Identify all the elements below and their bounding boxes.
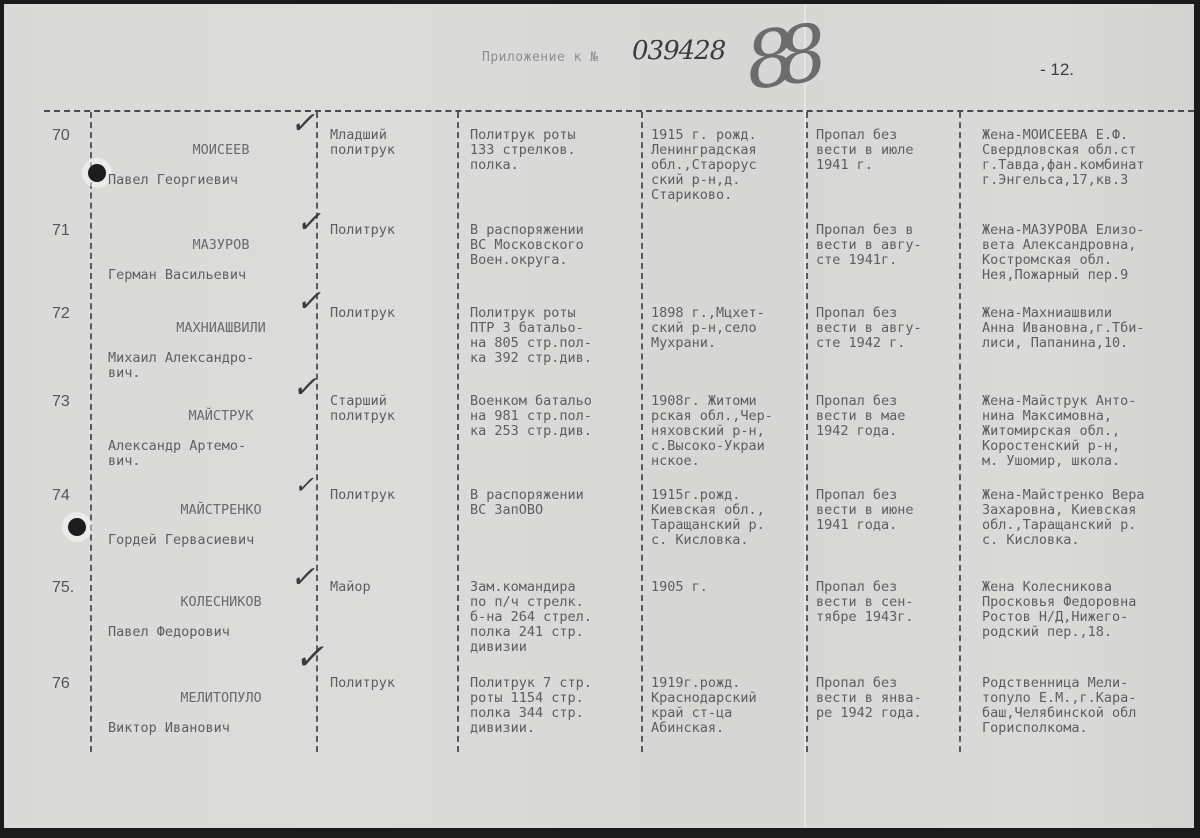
check-mark-icon: ✓ [290,570,315,585]
position: В распоряжении ВС Московского Воен.округ… [470,223,640,268]
record-number: 73 [52,394,70,409]
fate: Пропал без вести в июле 1941 г. [816,128,956,173]
record-number: 71 [52,223,70,238]
appendix-stamp-label: Приложение к № [482,50,599,65]
rank: Старший политрук [330,394,452,424]
position: В распоряжении ВС ЗапОВО [470,488,640,518]
next-of-kin: Жена-МОИСЕЕВА Е.Ф. Свердловская обл.ст г… [982,128,1197,188]
position: Политрук 7 стр. роты 1154 стр. полка 344… [470,676,640,736]
rank: Политрук [330,676,452,691]
pencil-folio-mark: 88 [740,10,815,108]
record-number: 74 [52,488,70,503]
fate: Пропал без вести в мае 1942 года. [816,394,956,439]
given-name: Гордей Гервасиевич [108,532,254,548]
birth-info: 1905 г. [651,580,811,595]
rank: Политрук [330,223,452,238]
check-mark-icon: ✓ [290,116,315,131]
column-divider [457,112,459,752]
appendix-stamp-number: 039428 [632,36,725,66]
record-number: 72 [52,306,70,321]
check-mark-icon: ✓ [292,380,317,395]
given-name: Павел Федорович [108,624,230,640]
person-name: МАХНИАШВИЛИ Михаил Александро- вич. [108,306,314,381]
check-mark-icon: ✓ [294,478,314,493]
fate: Пропал без в вести в авгу- сте 1941г. [816,223,956,268]
next-of-kin: Жена-МАЗУРОВА Елизо- вета Александровна,… [982,223,1197,283]
given-name: Михаил Александро- вич. [108,350,254,381]
column-divider [90,112,92,752]
check-mark-icon: ✓ [296,294,321,309]
fate: Пропал без вести в июне 1941 года. [816,488,956,533]
surname: МАЙСТРУК [108,409,314,424]
surname: МЕЛИТОПУЛО [108,691,314,706]
person-name: МАЙСТРУК Александр Артемо- вич. [108,394,314,469]
surname: КОЛЕСНИКОВ [108,595,314,610]
position: Политрук роты 133 стрелков. полка. [470,128,640,173]
punch-hole [88,164,106,182]
fate: Пропал без вести в сен- тябре 1943г. [816,580,956,625]
rank: Младший политрук [330,128,452,158]
record-number: 70 [52,128,70,143]
next-of-kin: Жена-Майстренко Вера Захаровна, Киевская… [982,488,1197,548]
person-name: МАЗУРОВ Герман Васильевич [108,223,314,283]
surname: МАЙСТРЕНКО [108,503,314,518]
person-name: МЕЛИТОПУЛО Виктор Иванович [108,676,314,736]
rank: Майор [330,580,452,595]
check-mark-icon: ✓ [296,215,321,230]
person-name: МАЙСТРЕНКО Гордей Гервасиевич [108,488,314,548]
record-number: 75. [52,580,74,595]
position: Военком батальо на 981 стр.пол- ка 253 с… [470,394,640,439]
given-name: Виктор Иванович [108,720,230,736]
person-name: КОЛЕСНИКОВ Павел Федорович [108,580,314,640]
header-divider [44,110,1194,112]
birth-info: 1915 г. рожд. Ленинградская обл.,Старору… [651,128,811,203]
given-name: Герман Васильевич [108,267,246,283]
rank: Политрук [330,488,452,503]
birth-info: 1908г. Житоми рская обл.,Чер- няховский … [651,394,811,469]
person-name: МОИСЕЕВ Павел Георгиевич [108,128,314,188]
birth-info: 1919г.рожд. Краснодарский край ст-ца Аби… [651,676,811,736]
birth-info: 1915г.рожд. Киевская обл., Таращанский р… [651,488,811,548]
check-mark-icon: ✓ [294,650,324,665]
surname: МОИСЕЕВ [108,143,314,158]
rank: Политрук [330,306,452,321]
page-number: - 12. [1040,60,1074,80]
fate: Пропал без вести в янва- ре 1942 года. [816,676,956,721]
birth-info: 1898 г.,Мцхет- ский р-н,село Мухрани. [651,306,811,351]
punch-hole [68,518,86,536]
fate: Пропал без вести в авгу- сте 1942 г. [816,306,956,351]
surname: МАЗУРОВ [108,238,314,253]
given-name: Александр Артемо- вич. [108,438,246,469]
surname: МАХНИАШВИЛИ [108,321,314,336]
record-number: 76 [52,676,70,691]
position: Зам.командира по п/ч стрелк. б-на 264 ст… [470,580,640,655]
position: Политрук роты ПТР 3 батальо- на 805 стр.… [470,306,640,366]
column-divider [641,112,643,752]
given-name: Павел Георгиевич [108,172,238,188]
next-of-kin: Жена Колесникова Просковья Федоровна Рос… [982,580,1197,640]
next-of-kin: Жена-Махниашвили Анна Ивановна,г.Тби- ли… [982,306,1197,351]
next-of-kin: Жена-Майструк Анто- нина Максимовна, Жит… [982,394,1197,469]
next-of-kin: Родственница Мели- топуло Е.М.,г.Кара- б… [982,676,1197,736]
column-divider [959,112,961,752]
document-page: Приложение к № 039428 88 - 12. 70 МОИСЕЕ… [4,4,1194,828]
